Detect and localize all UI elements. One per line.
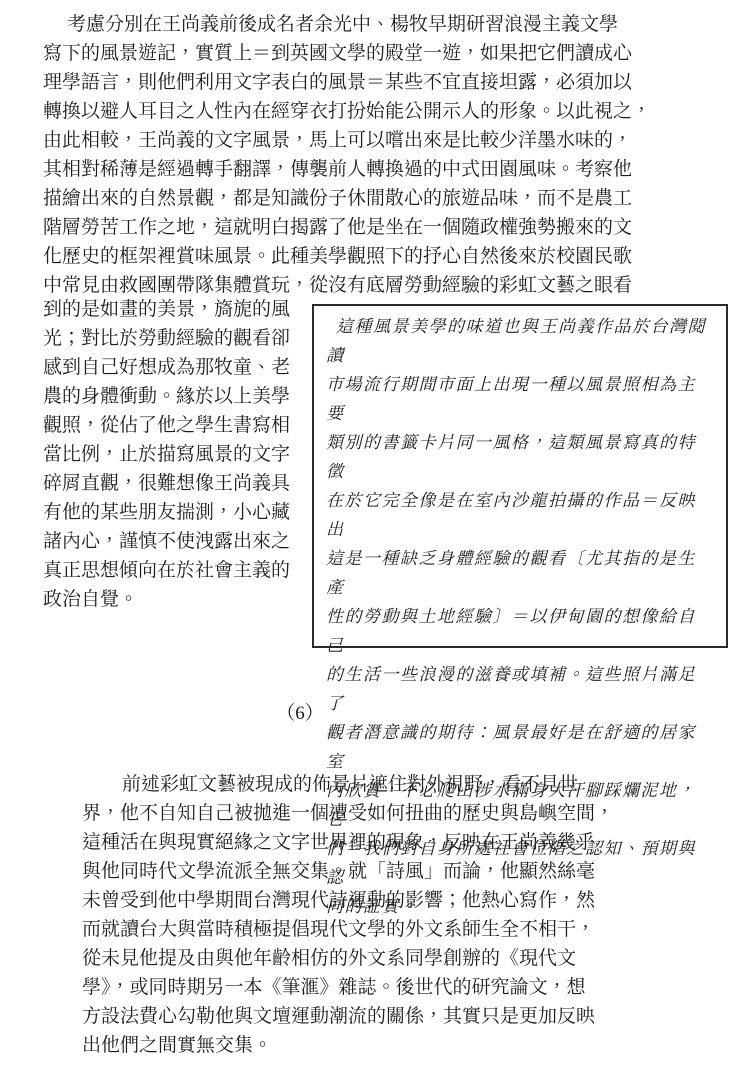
wrap-paragraph-left: 到的是如畫的美景，旖旎的風 光；對比於勞動經驗的觀看卻 感到自己好想成為那牧童、… xyxy=(43,295,303,614)
page-number: （6） xyxy=(240,699,360,728)
document-page: 考慮分別在王尚義前後成名者余光中、楊牧早期研習浪漫主義文學 寫下的風景遊記，實質… xyxy=(0,0,740,1066)
bottom-paragraph: 前述彩虹文藝被現成的佈景片遮住對外視野，看不見世 界，他不自知自己被拋進一個遭受… xyxy=(82,770,652,1060)
top-paragraph: 考慮分別在王尚義前後成名者余光中、楊牧早期研習浪漫主義文學 寫下的風景遊記，實質… xyxy=(43,10,683,300)
boxed-sidebar-note: 這種風景美學的味道也與王尚義作品於台灣閱讀 市場流行期間市面上出現一種以風景照相… xyxy=(312,304,728,648)
